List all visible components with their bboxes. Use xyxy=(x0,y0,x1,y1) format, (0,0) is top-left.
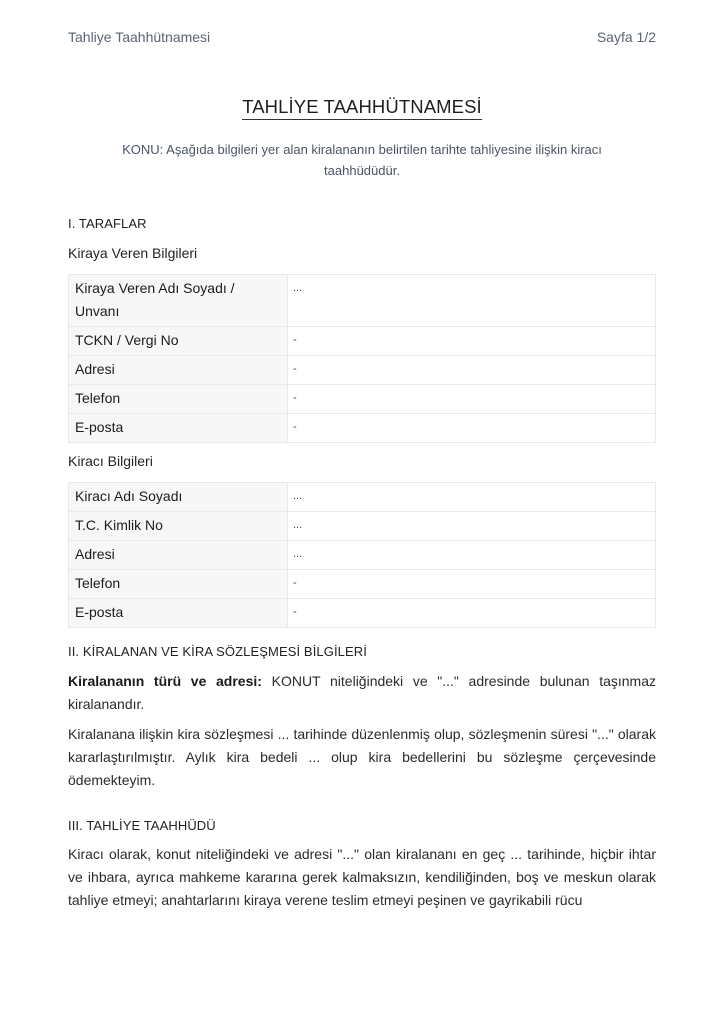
row-value: ... xyxy=(288,541,656,570)
row-label: Kiracı Adı Soyadı xyxy=(69,483,288,512)
landlord-info-table: Kiraya Veren Adı Soyadı / Unvanı ... TCK… xyxy=(68,274,656,443)
subject-line: KONU: Aşağıda bilgileri yer alan kiralan… xyxy=(92,139,632,181)
tenant-heading: Kiracı Bilgileri xyxy=(68,453,153,469)
property-type-label: Kiralananın türü ve adresi: xyxy=(68,673,262,689)
tenant-info-table: Kiracı Adı Soyadı ... T.C. Kimlik No ...… xyxy=(68,482,656,628)
section-heading-parties: I. TARAFLAR xyxy=(68,216,147,231)
row-label: Adresi xyxy=(69,356,288,385)
landlord-heading: Kiraya Veren Bilgileri xyxy=(68,245,197,261)
row-label: Kiraya Veren Adı Soyadı / Unvanı xyxy=(69,275,288,327)
header-document-name: Tahliye Taahhütnamesi xyxy=(68,29,210,45)
table-row: E-posta - xyxy=(69,599,656,628)
row-value: ... xyxy=(288,275,656,327)
table-row: Adresi ... xyxy=(69,541,656,570)
row-value: ... xyxy=(288,512,656,541)
row-value: - xyxy=(288,385,656,414)
row-label: Adresi xyxy=(69,541,288,570)
row-value: - xyxy=(288,599,656,628)
row-label: Telefon xyxy=(69,570,288,599)
table-row: Kiraya Veren Adı Soyadı / Unvanı ... xyxy=(69,275,656,327)
page-indicator: Sayfa 1/2 xyxy=(597,29,656,45)
table-row: Kiracı Adı Soyadı ... xyxy=(69,483,656,512)
row-value: - xyxy=(288,327,656,356)
table-row: Adresi - xyxy=(69,356,656,385)
property-type-paragraph: Kiralananın türü ve adresi: KONUT niteli… xyxy=(68,670,656,716)
table-row: Telefon - xyxy=(69,385,656,414)
table-row: T.C. Kimlik No ... xyxy=(69,512,656,541)
section-heading-undertaking: III. TAHLİYE TAAHHÜDÜ xyxy=(68,818,216,833)
document-title: TAHLİYE TAAHHÜTNAMESİ xyxy=(242,96,482,120)
undertaking-paragraph: Kiracı olarak, konut niteliğindeki ve ad… xyxy=(68,843,656,912)
running-header: Tahliye Taahhütnamesi Sayfa 1/2 xyxy=(68,29,656,45)
row-label: E-posta xyxy=(69,414,288,443)
table-row: E-posta - xyxy=(69,414,656,443)
table-row: TCKN / Vergi No - xyxy=(69,327,656,356)
section-heading-property: II. KİRALANAN VE KİRA SÖZLEŞMESİ BİLGİLE… xyxy=(68,644,367,659)
row-value: ... xyxy=(288,483,656,512)
row-value: - xyxy=(288,356,656,385)
contract-paragraph: Kiralanana ilişkin kira sözleşmesi ... t… xyxy=(68,723,656,792)
row-value: - xyxy=(288,570,656,599)
document-title-wrap: TAHLİYE TAAHHÜTNAMESİ xyxy=(68,96,656,120)
table-row: Telefon - xyxy=(69,570,656,599)
row-value: - xyxy=(288,414,656,443)
row-label: T.C. Kimlik No xyxy=(69,512,288,541)
row-label: Telefon xyxy=(69,385,288,414)
row-label: E-posta xyxy=(69,599,288,628)
row-label: TCKN / Vergi No xyxy=(69,327,288,356)
